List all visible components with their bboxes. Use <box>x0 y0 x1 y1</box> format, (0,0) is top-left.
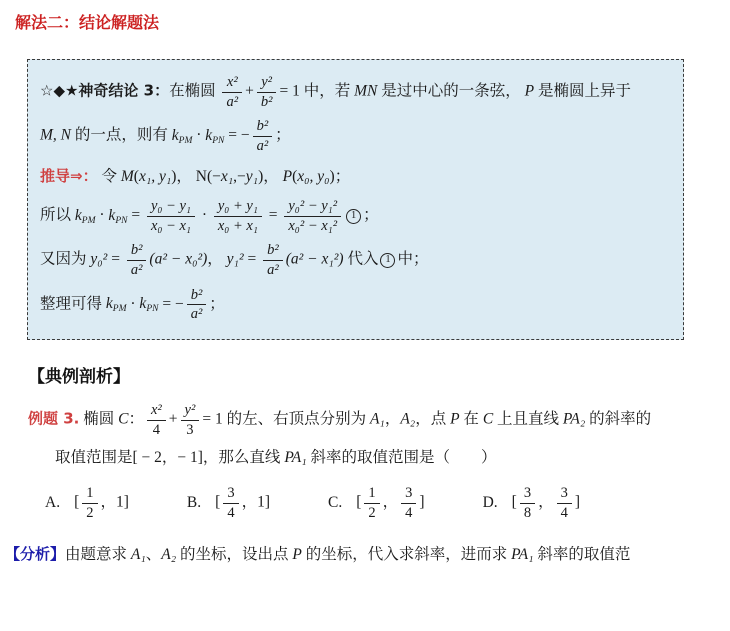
example-problem: 例题 3. 椭圆 C：x²4+y²3= 1 的左、右顶点分别为 A₁，A₂，点 … <box>0 402 730 521</box>
fraction: 12 <box>364 485 379 521</box>
fraction: 12 <box>82 485 97 521</box>
fraction: x²4 <box>147 402 166 438</box>
example-problem-line-2: 取值范围是[ − 2，− 1]，那么直线 PA₁ 斜率的取值范围是（ ） <box>55 446 730 471</box>
option-d-value: [38，34] <box>512 485 580 521</box>
circled-number: 1 <box>380 253 395 268</box>
option-a-value: [12，1] <box>74 485 129 521</box>
option-d-label: D. <box>483 494 498 512</box>
derivation-result-line: 整理可得 kPM · kPN = −b²a²； <box>40 287 671 323</box>
conclusion-statement-line-1: ☆◆★神奇结论 3：在椭圆 x²a²+y²b²= 1 中，若 MN 是过中心的一… <box>40 74 671 110</box>
fraction: 34 <box>223 485 238 521</box>
fraction: b²a² <box>127 242 147 278</box>
fraction: b²a² <box>187 287 207 323</box>
derivation-substitution-line: 又因为 y₀² = b²a²(a² − x₀²)， y₁² = b²a²(a² … <box>40 242 671 278</box>
option-c: C. [12，34] <box>328 485 425 521</box>
fraction: y₀ − y₁x₀ − x₁ <box>147 198 195 234</box>
fraction: 34 <box>557 485 572 521</box>
section-header-example-analysis: 【典例剖析】 <box>28 362 730 387</box>
option-b-value: [34，1] <box>215 485 270 521</box>
page-title: 解法二：结论解题法 <box>15 10 730 33</box>
option-d: D. [38，34] <box>483 485 580 521</box>
fraction: b²a² <box>253 118 273 154</box>
conclusion-statement-line-2: M, N 的一点，则有 kPM · kPN = −b²a²； <box>40 118 671 154</box>
fraction: 34 <box>401 485 416 521</box>
fraction: y²b² <box>257 74 277 110</box>
fraction: y₀ + y₁x₀ + x₁ <box>214 198 262 234</box>
derivation-setup-line: 推导⇒： 令 M(x₁, y₁)， N(−x₁,−y₁)， P(x₀, y₀)； <box>40 165 671 188</box>
option-c-label: C. <box>328 494 342 512</box>
option-a: A. [12，1] <box>45 485 129 521</box>
analysis-line: 【分析】由题意求 A₁、A₂ 的坐标，设出点 P 的坐标，代入求斜率，进而求 P… <box>5 543 730 566</box>
option-b-label: B. <box>187 494 201 512</box>
example-problem-line-1: 例题 3. 椭圆 C：x²4+y²3= 1 的左、右顶点分别为 A₁，A₂，点 … <box>28 402 730 438</box>
fraction: 38 <box>520 485 535 521</box>
options-row: A. [12，1] B. [34，1] C. [12，34] D. [38，34… <box>45 485 730 521</box>
document-page: 解法二：结论解题法 ☆◆★神奇结论 3：在椭圆 x²a²+y²b²= 1 中，若… <box>0 10 730 567</box>
fraction: y₀² − y₁²x₀² − x₁² <box>284 198 341 234</box>
option-c-value: [12，34] <box>356 485 424 521</box>
option-b: B. [34，1] <box>187 485 270 521</box>
fraction: b²a² <box>263 242 283 278</box>
circled-number: 1 <box>346 209 361 224</box>
fraction: x²a² <box>222 74 242 110</box>
option-a-label: A. <box>45 494 60 512</box>
conclusion-box: ☆◆★神奇结论 3：在椭圆 x²a²+y²b²= 1 中，若 MN 是过中心的一… <box>27 59 684 340</box>
derivation-slope-product-line: 所以 kPM · kPN = y₀ − y₁x₀ − x₁ · y₀ + y₁x… <box>40 198 671 234</box>
fraction: y²3 <box>181 402 200 438</box>
